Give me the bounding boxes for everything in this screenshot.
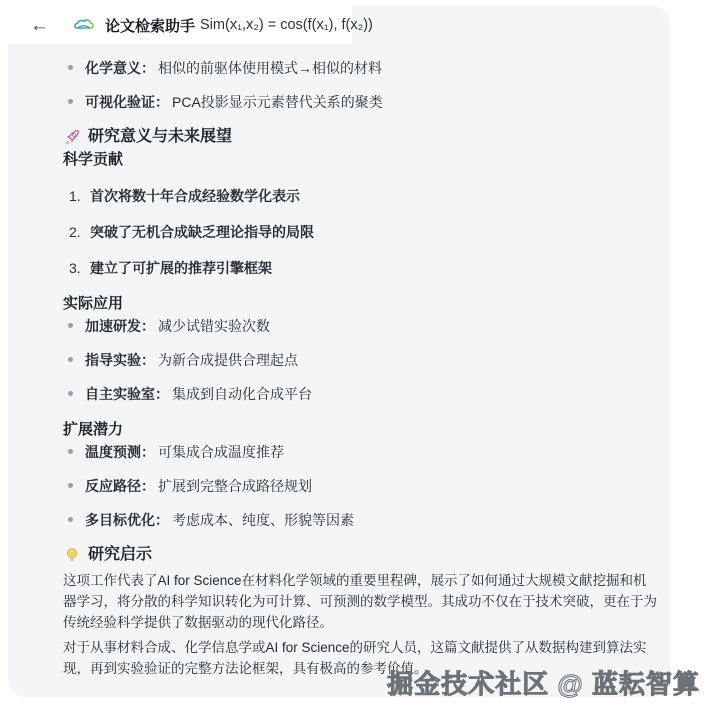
list-number: 1. [69,186,81,206]
bullet-label: 加速研发： [85,318,155,334]
subheading-expansion-potential: 扩展潜力 [63,420,660,440]
list-number: 2. [69,222,81,242]
list-item: 温度预测：可集成合成温度推荐 [63,442,660,462]
bullet-text: 扩展到完整合成路径规划 [158,478,312,494]
bullet-text: 可集成合成温度推荐 [158,444,284,460]
application-bullet-list: 加速研发：减少试错实验次数 指导实验：为新合成提供合理起点 自主实验室：集成到自… [63,316,660,404]
chat-panel: ← 论文检索助手 Sim(x₁,x₂) = cos(f(x₁), f(x₂)) [8,6,670,697]
cloud-logo-icon [73,17,95,33]
subheading-practical-application: 实际应用 [63,294,660,314]
bullet-dot-icon [68,323,73,328]
potential-bullet-list: 温度预测：可集成合成温度推荐 反应路径：扩展到完整合成路径规划 多目标优化：考虑… [63,442,660,530]
app-title: 论文检索助手 [105,15,195,36]
list-item: 加速研发：减少试错实验次数 [63,316,660,336]
bullet-label: 化学意义： [85,60,155,76]
list-item: 化学意义：相似的前驱体使用模式→相似的材料 [63,58,660,78]
bullet-text: 考虑成本、纯度、形貌等因素 [172,512,354,528]
bullet-label: 可视化验证： [85,94,169,110]
section-heading-outlook: 研究意义与未来展望 [63,126,660,148]
bullet-text: 集成到自动化合成平台 [172,386,312,402]
section-title-text: 研究意义与未来展望 [88,126,232,148]
bullet-dot-icon [68,65,73,70]
numbered-text: 突破了无机合成缺乏理论指导的局限 [90,224,314,240]
numbered-text: 首次将数十年合成经验数学化表示 [90,188,300,204]
bullet-text: PCA投影显示元素替代关系的聚类 [172,94,383,110]
bullet-dot-icon [68,391,73,396]
bullet-label: 指导实验： [85,352,155,368]
section-title-text: 研究启示 [88,544,152,566]
bullet-text: 减少试错实验次数 [158,318,270,334]
subheading-scientific-contribution: 科学贡献 [63,150,660,170]
bullet-dot-icon [68,449,73,454]
numbered-list: 1. 首次将数十年合成经验数学化表示 2. 突破了无机合成缺乏理论指导的局限 3… [63,186,660,278]
bullet-dot-icon [68,483,73,488]
list-item: 多目标优化：考虑成本、纯度、形貌等因素 [63,510,660,530]
back-button[interactable]: ← [30,16,49,35]
list-item: 自主实验室：集成到自动化合成平台 [63,384,660,404]
numbered-text: 建立了可扩展的推荐引擎框架 [90,260,272,276]
bullet-label: 反应路径： [85,478,155,494]
assistant-message-content: 化学意义：相似的前驱体使用模式→相似的材料 可视化验证：PCA投影显示元素替代关… [8,46,670,697]
scrolled-formula-text: Sim(x₁,x₂) = cos(f(x₁), f(x₂)) [200,17,373,33]
lightbulb-icon [63,546,81,564]
list-item: 指导实验：为新合成提供合理起点 [63,350,660,370]
list-item: 2. 突破了无机合成缺乏理论指导的局限 [63,222,660,242]
list-number: 3. [69,258,81,278]
list-item: 反应路径：扩展到完整合成路径规划 [63,476,660,496]
list-item: 1. 首次将数十年合成经验数学化表示 [63,186,660,206]
watermark: 掘金技术社区 @ 蓝耘智算 [387,664,700,701]
bullet-label: 多目标优化： [85,512,169,528]
bullet-text: 相似的前驱体使用模式→相似的材料 [158,60,382,76]
insight-paragraph: 这项工作代表了AI for Science在材料化学领域的重要里程碑，展示了如何… [63,570,660,633]
header: ← 论文检索助手 Sim(x₁,x₂) = cos(f(x₁), f(x₂)) [8,6,670,44]
intro-bullet-list: 化学意义：相似的前驱体使用模式→相似的材料 可视化验证：PCA投影显示元素替代关… [63,58,660,112]
section-heading-insight: 研究启示 [63,544,660,566]
bullet-dot-icon [68,517,73,522]
bullet-label: 自主实验室： [85,386,169,402]
list-item: 3. 建立了可扩展的推荐引擎框架 [63,258,660,278]
list-item: 可视化验证：PCA投影显示元素替代关系的聚类 [63,92,660,112]
bullet-label: 温度预测： [85,444,155,460]
bullet-dot-icon [68,357,73,362]
bullet-text: 为新合成提供合理起点 [158,352,298,368]
bullet-dot-icon [68,99,73,104]
rocket-icon [63,128,81,146]
